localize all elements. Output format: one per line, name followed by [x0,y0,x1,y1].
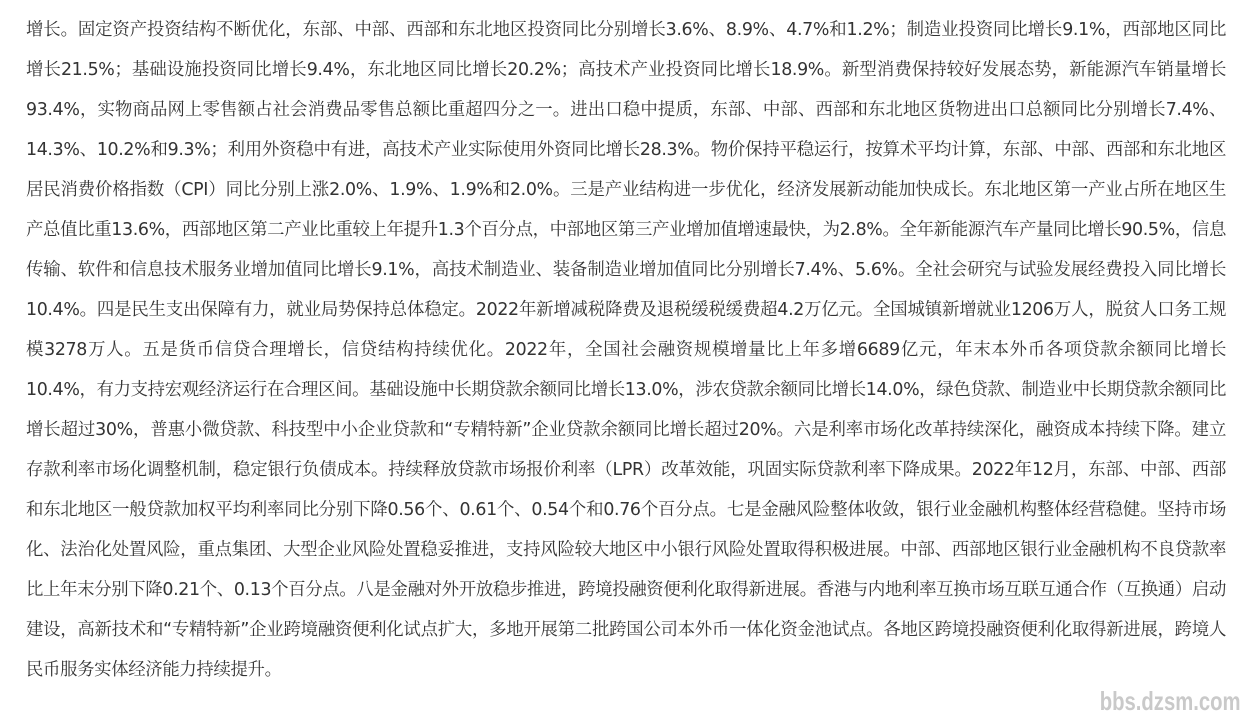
article-paragraph: 增长。固定资产投资结构不断优化，东部、中部、西部和东北地区投资同比分别增长3.6… [26,10,1226,690]
site-watermark: bbs.dzsm.com [1100,686,1241,717]
document-page: 增长。固定资产投资结构不断优化，东部、中部、西部和东北地区投资同比分别增长3.6… [0,0,1245,719]
